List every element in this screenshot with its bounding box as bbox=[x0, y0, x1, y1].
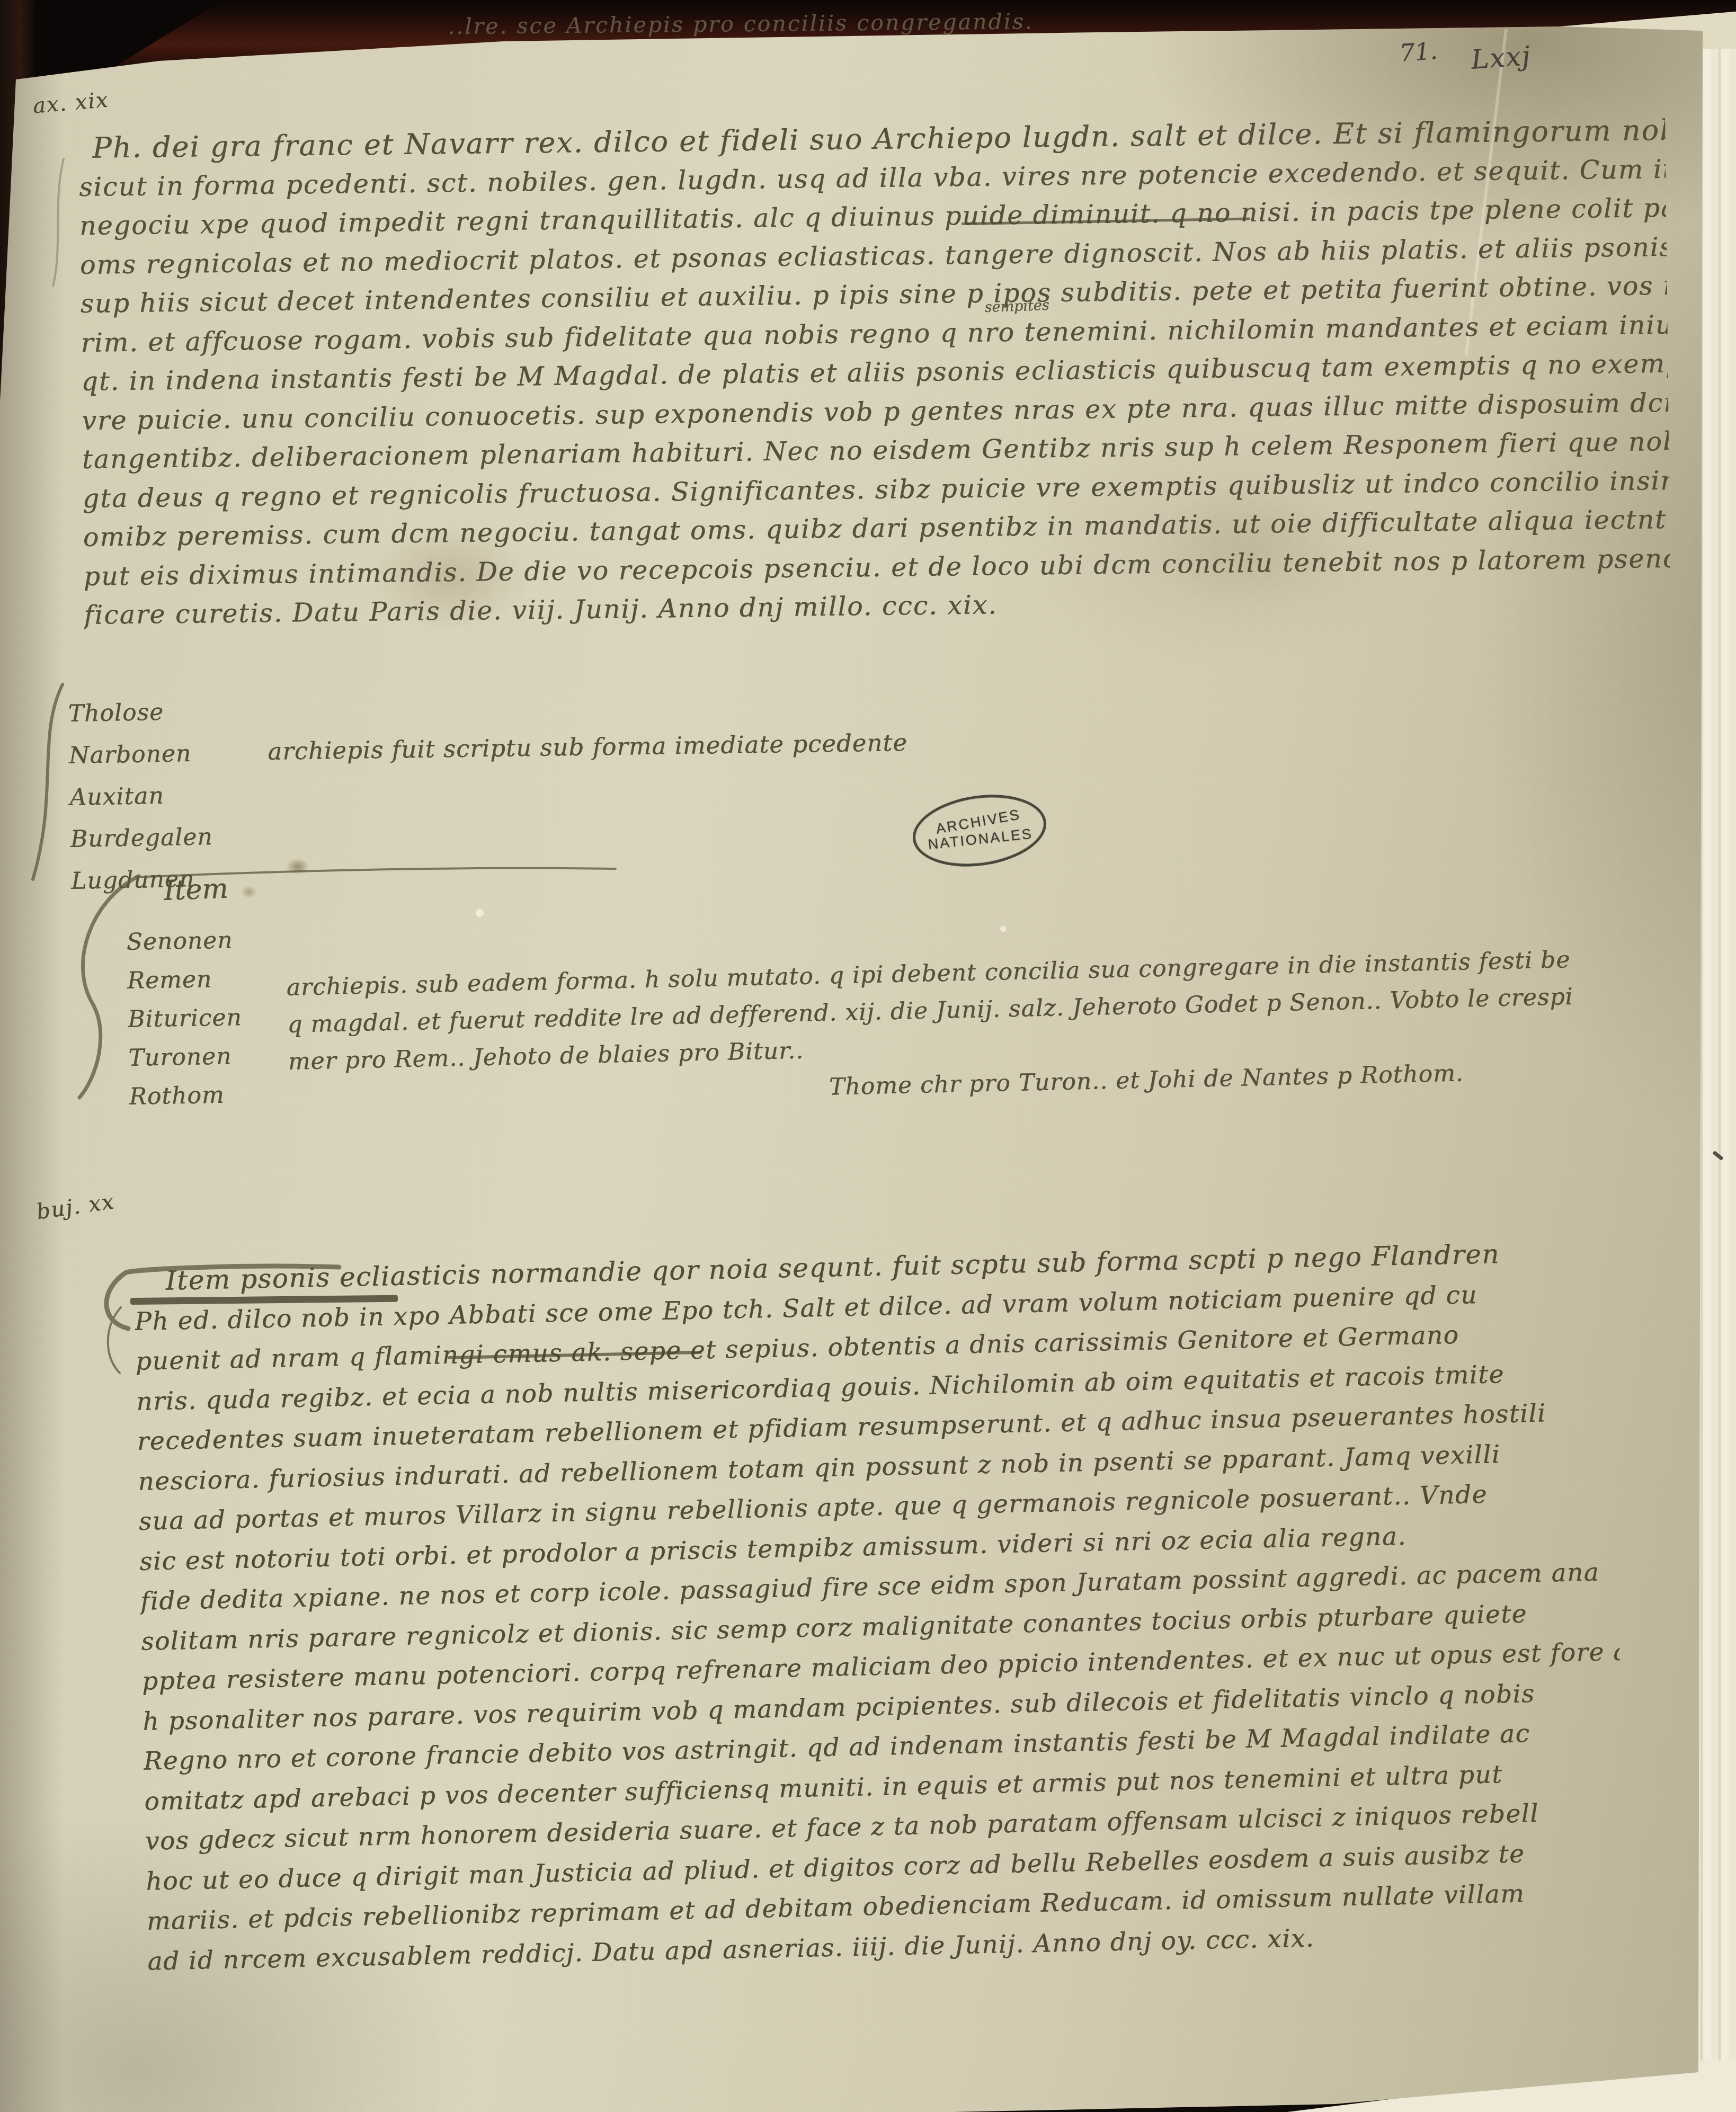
interlinear-addition: sempites bbox=[984, 297, 1049, 316]
folio-number-roman: Lxxj bbox=[1470, 40, 1532, 75]
running-header: ..lre. sce Archiepis pro conciliis congr… bbox=[448, 8, 1034, 39]
margin-list-item: Rothom bbox=[129, 1075, 244, 1116]
parchment-hole bbox=[476, 909, 484, 917]
margin-list-item: Remen bbox=[127, 959, 242, 1000]
rubric-2-text-block: archiepis. sub eadem forma. h solu mutat… bbox=[286, 941, 1603, 1118]
margin-list-item: Tholose bbox=[68, 690, 211, 735]
manuscript-photo: ..lre. sce Archiepis pro conciliis congr… bbox=[0, 0, 1736, 2112]
margin-list-archdioceses-2: Senonen Remen Bituricen Turonen Rothom bbox=[126, 921, 244, 1116]
letter-1-text-block: Ph. dei gra franc et Navarr rex. dilco e… bbox=[78, 111, 1671, 635]
parchment-stain bbox=[241, 886, 257, 898]
folio-number-arabic: 71. bbox=[1399, 37, 1438, 67]
margin-list-item: Senonen bbox=[126, 921, 241, 961]
gutter-shadow bbox=[0, 64, 64, 2112]
margin-list-item: Bituricen bbox=[128, 998, 243, 1039]
margin-list-archdioceses-1: Tholose Narbonen Auxitan Burdegalen Lugd… bbox=[68, 690, 214, 902]
letter-2-text-block: Item psonis ecliasticis normandie qor no… bbox=[133, 1232, 1626, 1982]
item-label: Item bbox=[163, 873, 229, 907]
margin-list-item: Auxitan bbox=[69, 774, 212, 818]
parchment-hole bbox=[1000, 926, 1006, 932]
margin-list-item: Narbonen bbox=[68, 732, 211, 777]
parchment-stain bbox=[286, 858, 309, 875]
margin-list-item: Burdegalen bbox=[70, 816, 213, 860]
margin-list-item: Turonen bbox=[128, 1037, 243, 1077]
